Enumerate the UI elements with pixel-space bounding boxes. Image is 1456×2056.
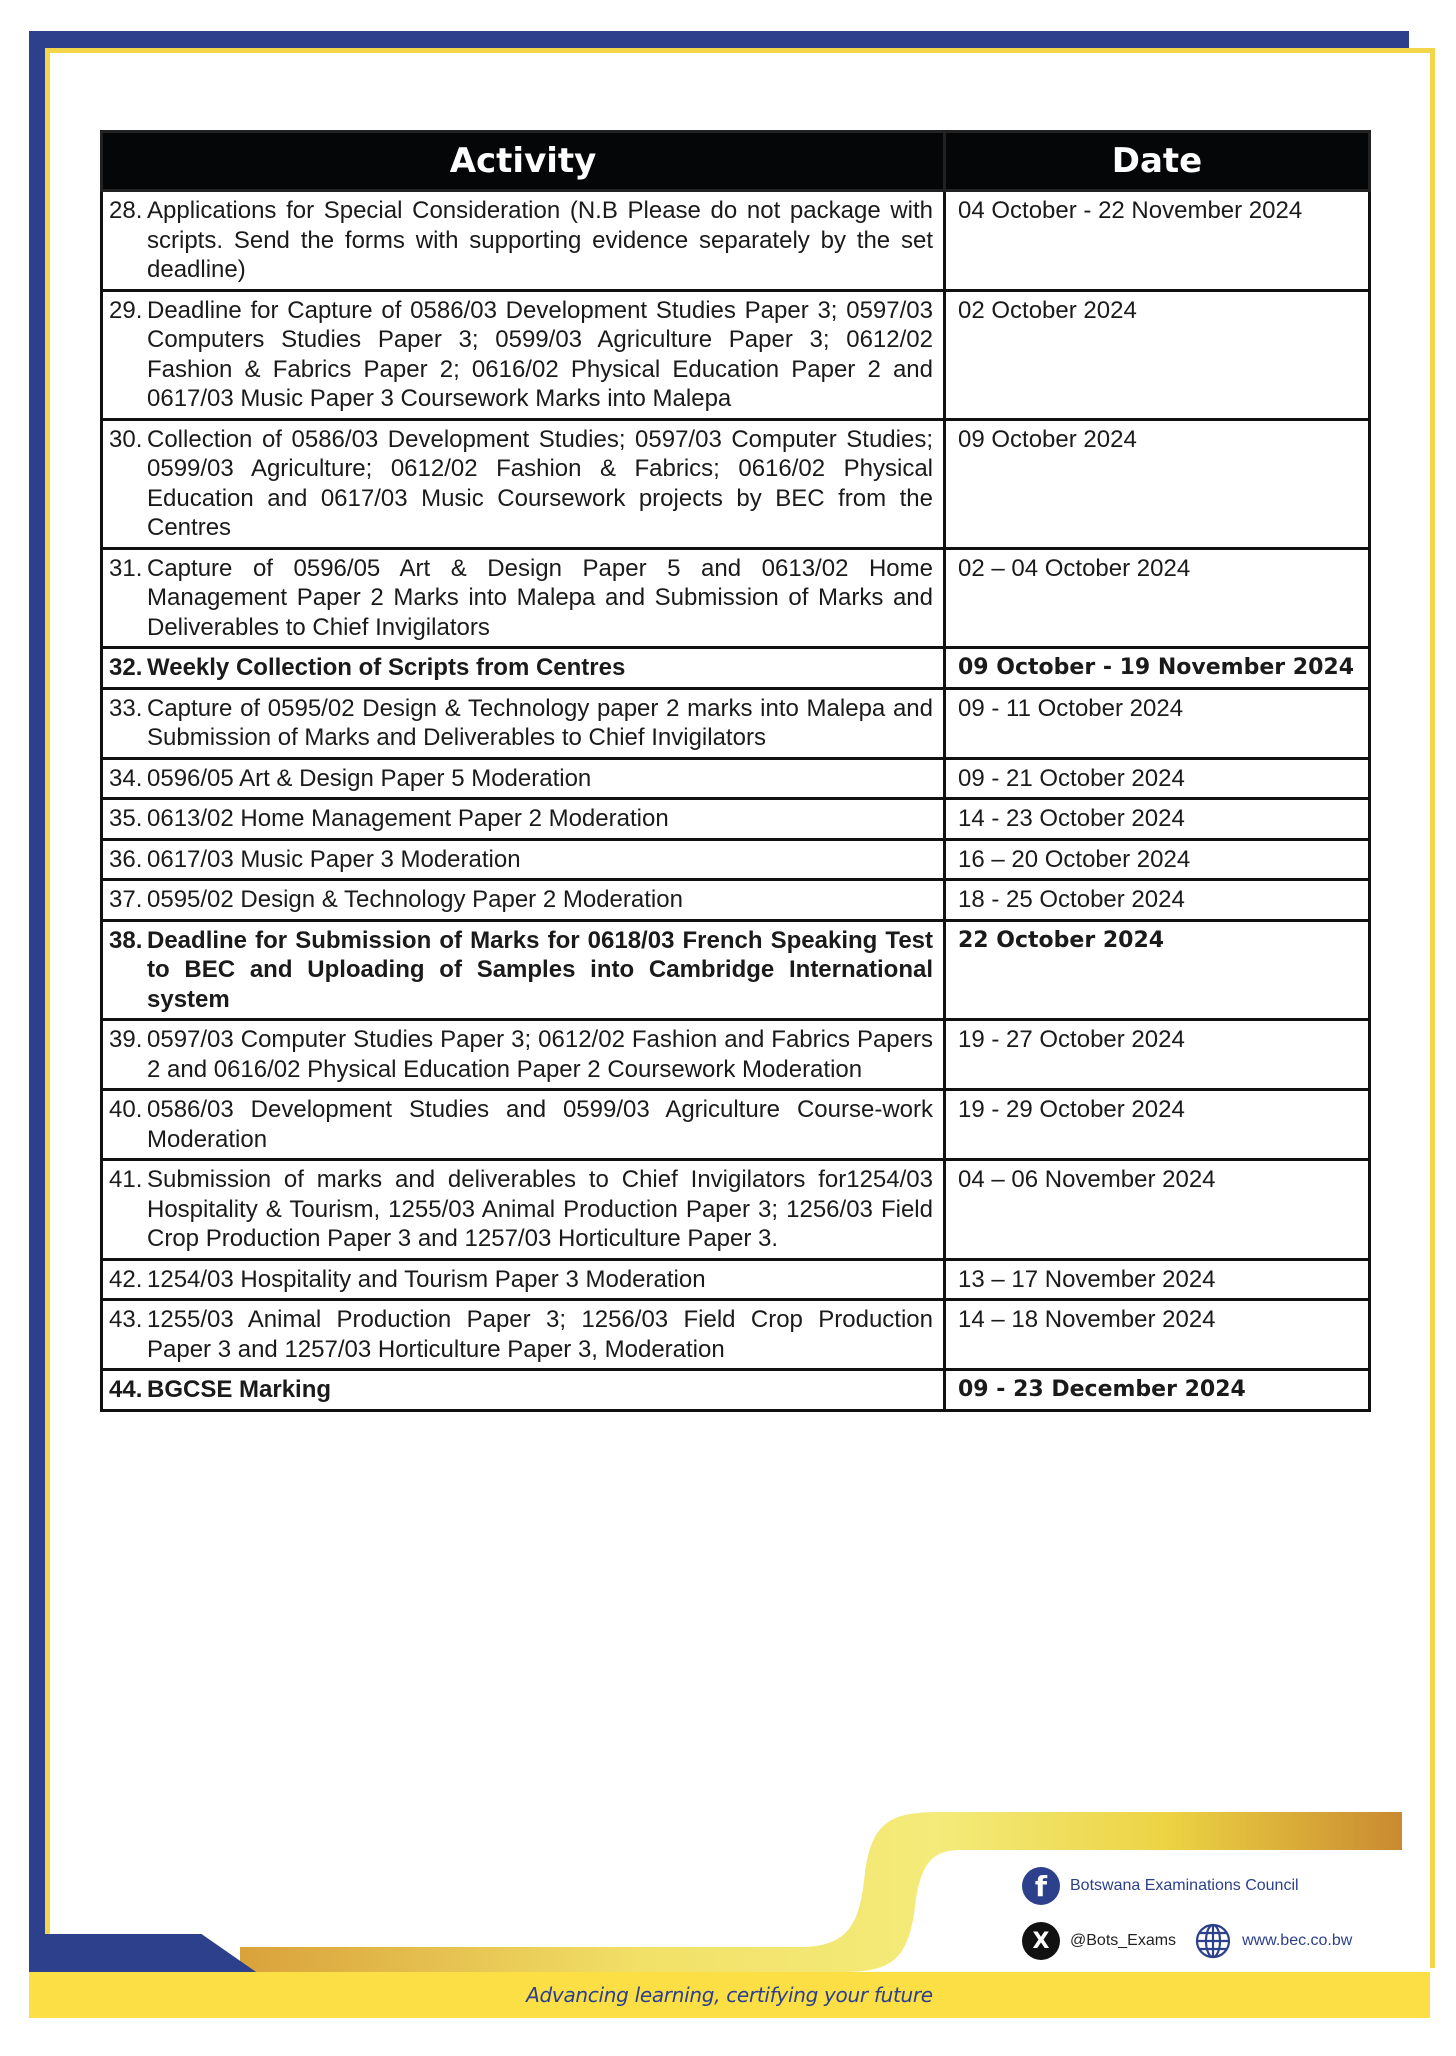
activity-cell: 28.Applications for Special Consideratio… bbox=[102, 191, 945, 291]
column-header-activity: Activity bbox=[102, 132, 945, 191]
date-cell: 18 - 25 October 2024 bbox=[945, 880, 1370, 921]
activity-text: 0617/03 Music Paper 3 Moderation bbox=[147, 845, 933, 875]
item-number: 34. bbox=[109, 764, 147, 794]
item-number: 28. bbox=[109, 196, 147, 285]
item-number: 32. bbox=[109, 653, 147, 683]
table-row: 32.Weekly Collection of Scripts from Cen… bbox=[102, 648, 1370, 689]
item-number: 29. bbox=[109, 296, 147, 414]
x-icon: X bbox=[1022, 1922, 1060, 1960]
date-cell: 22 October 2024 bbox=[945, 920, 1370, 1020]
schedule-table: Activity Date 28.Applications for Specia… bbox=[100, 130, 1371, 1412]
facebook-link[interactable]: f Botswana Examinations Council bbox=[1022, 1866, 1352, 1906]
activity-cell: 37.0595/02 Design & Technology Paper 2 M… bbox=[102, 880, 945, 921]
table-row: 39.0597/03 Computer Studies Paper 3; 061… bbox=[102, 1020, 1370, 1090]
table-row: 30.Collection of 0586/03 Development Stu… bbox=[102, 419, 1370, 548]
x-and-web-links: X @Bots_Exams www.bec.co.bw bbox=[1022, 1921, 1352, 1961]
item-number: 30. bbox=[109, 425, 147, 543]
x-handle[interactable]: @Bots_Exams bbox=[1070, 1932, 1176, 1950]
activity-text: 0596/05 Art & Design Paper 5 Moderation bbox=[147, 764, 933, 794]
date-cell: 16 – 20 October 2024 bbox=[945, 839, 1370, 880]
activity-text: Applications for Special Consideration (… bbox=[147, 196, 933, 285]
frame-left-bar bbox=[29, 31, 46, 1956]
date-cell: 09 - 23 December 2024 bbox=[945, 1370, 1370, 1411]
activity-cell: 32.Weekly Collection of Scripts from Cen… bbox=[102, 648, 945, 689]
date-cell: 09 - 11 October 2024 bbox=[945, 688, 1370, 758]
date-cell: 19 - 29 October 2024 bbox=[945, 1090, 1370, 1160]
activity-text: BGCSE Marking bbox=[147, 1375, 933, 1405]
activity-text: Capture of 0596/05 Art & Design Paper 5 … bbox=[147, 554, 933, 643]
item-number: 35. bbox=[109, 804, 147, 834]
table-header-row: Activity Date bbox=[102, 132, 1370, 191]
table-row: 42.1254/03 Hospitality and Tourism Paper… bbox=[102, 1259, 1370, 1300]
globe-icon bbox=[1194, 1922, 1232, 1960]
activity-cell: 35.0613/02 Home Management Paper 2 Moder… bbox=[102, 799, 945, 840]
table-row: 37.0595/02 Design & Technology Paper 2 M… bbox=[102, 880, 1370, 921]
item-number: 38. bbox=[109, 926, 147, 1015]
activity-text: 0613/02 Home Management Paper 2 Moderati… bbox=[147, 804, 933, 834]
table-row: 36.0617/03 Music Paper 3 Moderation16 – … bbox=[102, 839, 1370, 880]
social-links: f Botswana Examinations Council X @Bots_… bbox=[1022, 1866, 1352, 1976]
item-number: 36. bbox=[109, 845, 147, 875]
activity-text: Deadline for Submission of Marks for 061… bbox=[147, 926, 933, 1015]
table-row: 31.Capture of 0596/05 Art & Design Paper… bbox=[102, 548, 1370, 648]
table-row: 35.0613/02 Home Management Paper 2 Moder… bbox=[102, 799, 1370, 840]
table-row: 43.1255/03 Animal Production Paper 3; 12… bbox=[102, 1300, 1370, 1370]
table-row: 40.0586/03 Development Studies and 0599/… bbox=[102, 1090, 1370, 1160]
activity-cell: 43.1255/03 Animal Production Paper 3; 12… bbox=[102, 1300, 945, 1370]
table-row: 33.Capture of 0595/02 Design & Technolog… bbox=[102, 688, 1370, 758]
item-number: 33. bbox=[109, 694, 147, 753]
activity-text: 1254/03 Hospitality and Tourism Paper 3 … bbox=[147, 1265, 933, 1295]
footer-band: Advancing learning, certifying your futu… bbox=[29, 1972, 1430, 2018]
item-number: 42. bbox=[109, 1265, 147, 1295]
activity-cell: 39.0597/03 Computer Studies Paper 3; 061… bbox=[102, 1020, 945, 1090]
table-row: 38.Deadline for Submission of Marks for … bbox=[102, 920, 1370, 1020]
activity-cell: 42.1254/03 Hospitality and Tourism Paper… bbox=[102, 1259, 945, 1300]
activity-text: 0597/03 Computer Studies Paper 3; 0612/0… bbox=[147, 1025, 933, 1084]
activity-cell: 38.Deadline for Submission of Marks for … bbox=[102, 920, 945, 1020]
date-cell: 13 – 17 November 2024 bbox=[945, 1259, 1370, 1300]
activity-cell: 34.0596/05 Art & Design Paper 5 Moderati… bbox=[102, 758, 945, 799]
website-link[interactable]: www.bec.co.bw bbox=[1242, 1932, 1352, 1950]
date-cell: 04 – 06 November 2024 bbox=[945, 1160, 1370, 1260]
date-cell: 02 – 04 October 2024 bbox=[945, 548, 1370, 648]
frame-top-bar bbox=[29, 31, 1409, 48]
activity-text: 1255/03 Animal Production Paper 3; 1256/… bbox=[147, 1305, 933, 1364]
date-cell: 14 – 18 November 2024 bbox=[945, 1300, 1370, 1370]
activity-cell: 40.0586/03 Development Studies and 0599/… bbox=[102, 1090, 945, 1160]
table-row: 44.BGCSE Marking09 - 23 December 2024 bbox=[102, 1370, 1370, 1411]
date-cell: 02 October 2024 bbox=[945, 290, 1370, 419]
activity-cell: 36.0617/03 Music Paper 3 Moderation bbox=[102, 839, 945, 880]
activity-cell: 31.Capture of 0596/05 Art & Design Paper… bbox=[102, 548, 945, 648]
date-cell: 19 - 27 October 2024 bbox=[945, 1020, 1370, 1090]
date-cell: 09 October 2024 bbox=[945, 419, 1370, 548]
item-number: 31. bbox=[109, 554, 147, 643]
activity-text: 0586/03 Development Studies and 0599/03 … bbox=[147, 1095, 933, 1154]
facebook-label: Botswana Examinations Council bbox=[1070, 1877, 1299, 1895]
activity-text: Deadline for Capture of 0586/03 Developm… bbox=[147, 296, 933, 414]
activity-text: 0595/02 Design & Technology Paper 2 Mode… bbox=[147, 885, 933, 915]
activity-cell: 44.BGCSE Marking bbox=[102, 1370, 945, 1411]
activity-cell: 33.Capture of 0595/02 Design & Technolog… bbox=[102, 688, 945, 758]
facebook-icon: f bbox=[1022, 1867, 1060, 1905]
item-number: 41. bbox=[109, 1165, 147, 1254]
activity-text: Submission of marks and deliverables to … bbox=[147, 1165, 933, 1254]
tagline: Advancing learning, certifying your futu… bbox=[526, 1983, 933, 2007]
activity-text: Collection of 0586/03 Development Studie… bbox=[147, 425, 933, 543]
activity-cell: 41.Submission of marks and deliverables … bbox=[102, 1160, 945, 1260]
table-row: 29.Deadline for Capture of 0586/03 Devel… bbox=[102, 290, 1370, 419]
item-number: 37. bbox=[109, 885, 147, 915]
date-cell: 04 October - 22 November 2024 bbox=[945, 191, 1370, 291]
activity-text: Weekly Collection of Scripts from Centre… bbox=[147, 653, 933, 683]
item-number: 39. bbox=[109, 1025, 147, 1084]
activity-cell: 30.Collection of 0586/03 Development Stu… bbox=[102, 419, 945, 548]
date-cell: 14 - 23 October 2024 bbox=[945, 799, 1370, 840]
table-row: 28.Applications for Special Consideratio… bbox=[102, 191, 1370, 291]
date-cell: 09 October - 19 November 2024 bbox=[945, 648, 1370, 689]
item-number: 43. bbox=[109, 1305, 147, 1364]
table-row: 41.Submission of marks and deliverables … bbox=[102, 1160, 1370, 1260]
activity-cell: 29.Deadline for Capture of 0586/03 Devel… bbox=[102, 290, 945, 419]
date-cell: 09 - 21 October 2024 bbox=[945, 758, 1370, 799]
activity-text: Capture of 0595/02 Design & Technology p… bbox=[147, 694, 933, 753]
table-row: 34.0596/05 Art & Design Paper 5 Moderati… bbox=[102, 758, 1370, 799]
item-number: 44. bbox=[109, 1375, 147, 1405]
column-header-date: Date bbox=[945, 132, 1370, 191]
item-number: 40. bbox=[109, 1095, 147, 1154]
